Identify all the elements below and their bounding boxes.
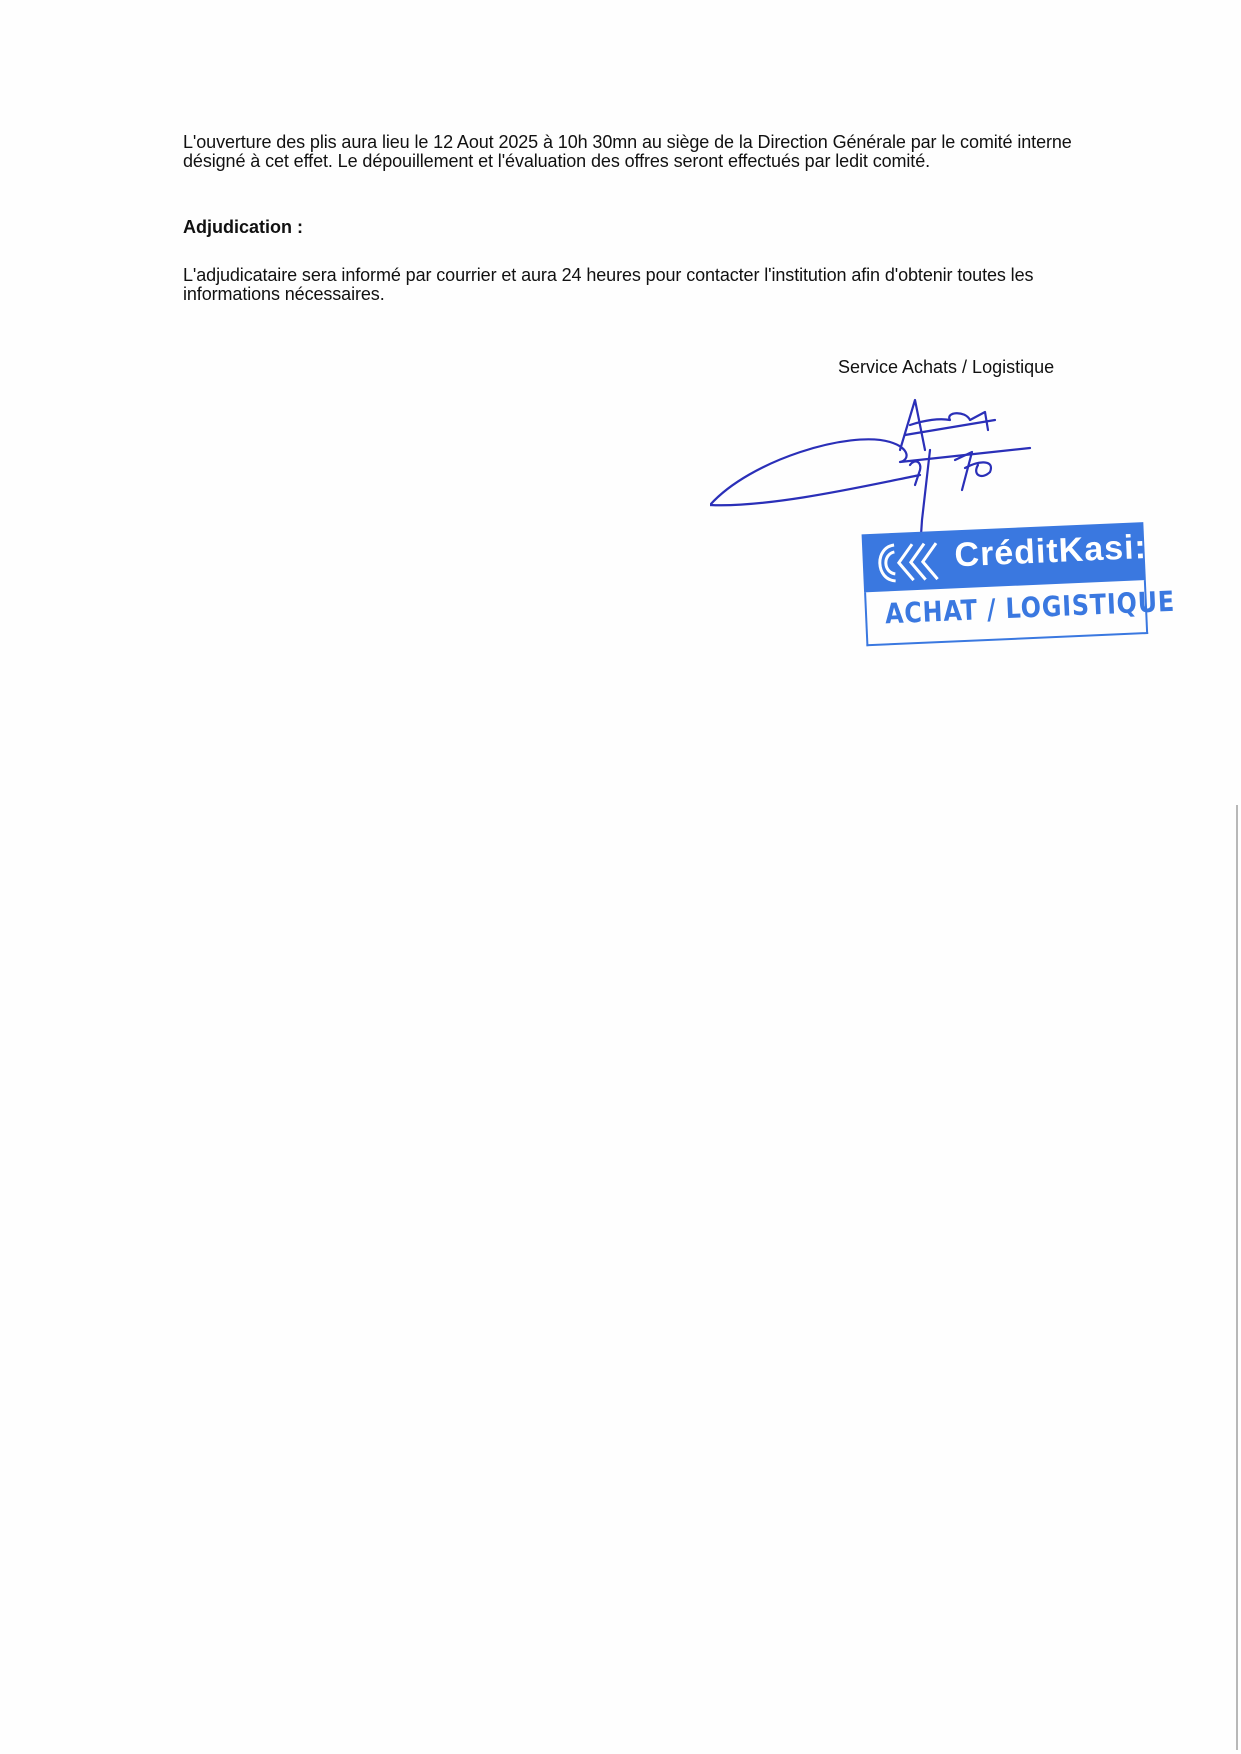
stamp-service-box: ACHAT / LOGISTIQUE (864, 580, 1148, 646)
company-stamp: CréditKasi: ACHAT / LOGISTIQUE (862, 522, 1157, 653)
signatory-label: Service Achats / Logistique (838, 357, 1054, 378)
creditkasi-logo-icon (868, 537, 942, 588)
opening-paragraph: L'ouverture des plis aura lieu le 12 Aou… (183, 133, 1083, 171)
scan-edge-line (1236, 805, 1238, 1750)
stamp-service-text: ACHAT / LOGISTIQUE (884, 585, 1175, 631)
adjudication-paragraph: L'adjudicataire sera informé par courrie… (183, 266, 1083, 304)
adjudication-heading: Adjudication : (183, 217, 303, 238)
stamp-brand-text: CréditKasi: (954, 528, 1148, 575)
document-page: L'ouverture des plis aura lieu le 12 Aou… (0, 0, 1241, 1754)
